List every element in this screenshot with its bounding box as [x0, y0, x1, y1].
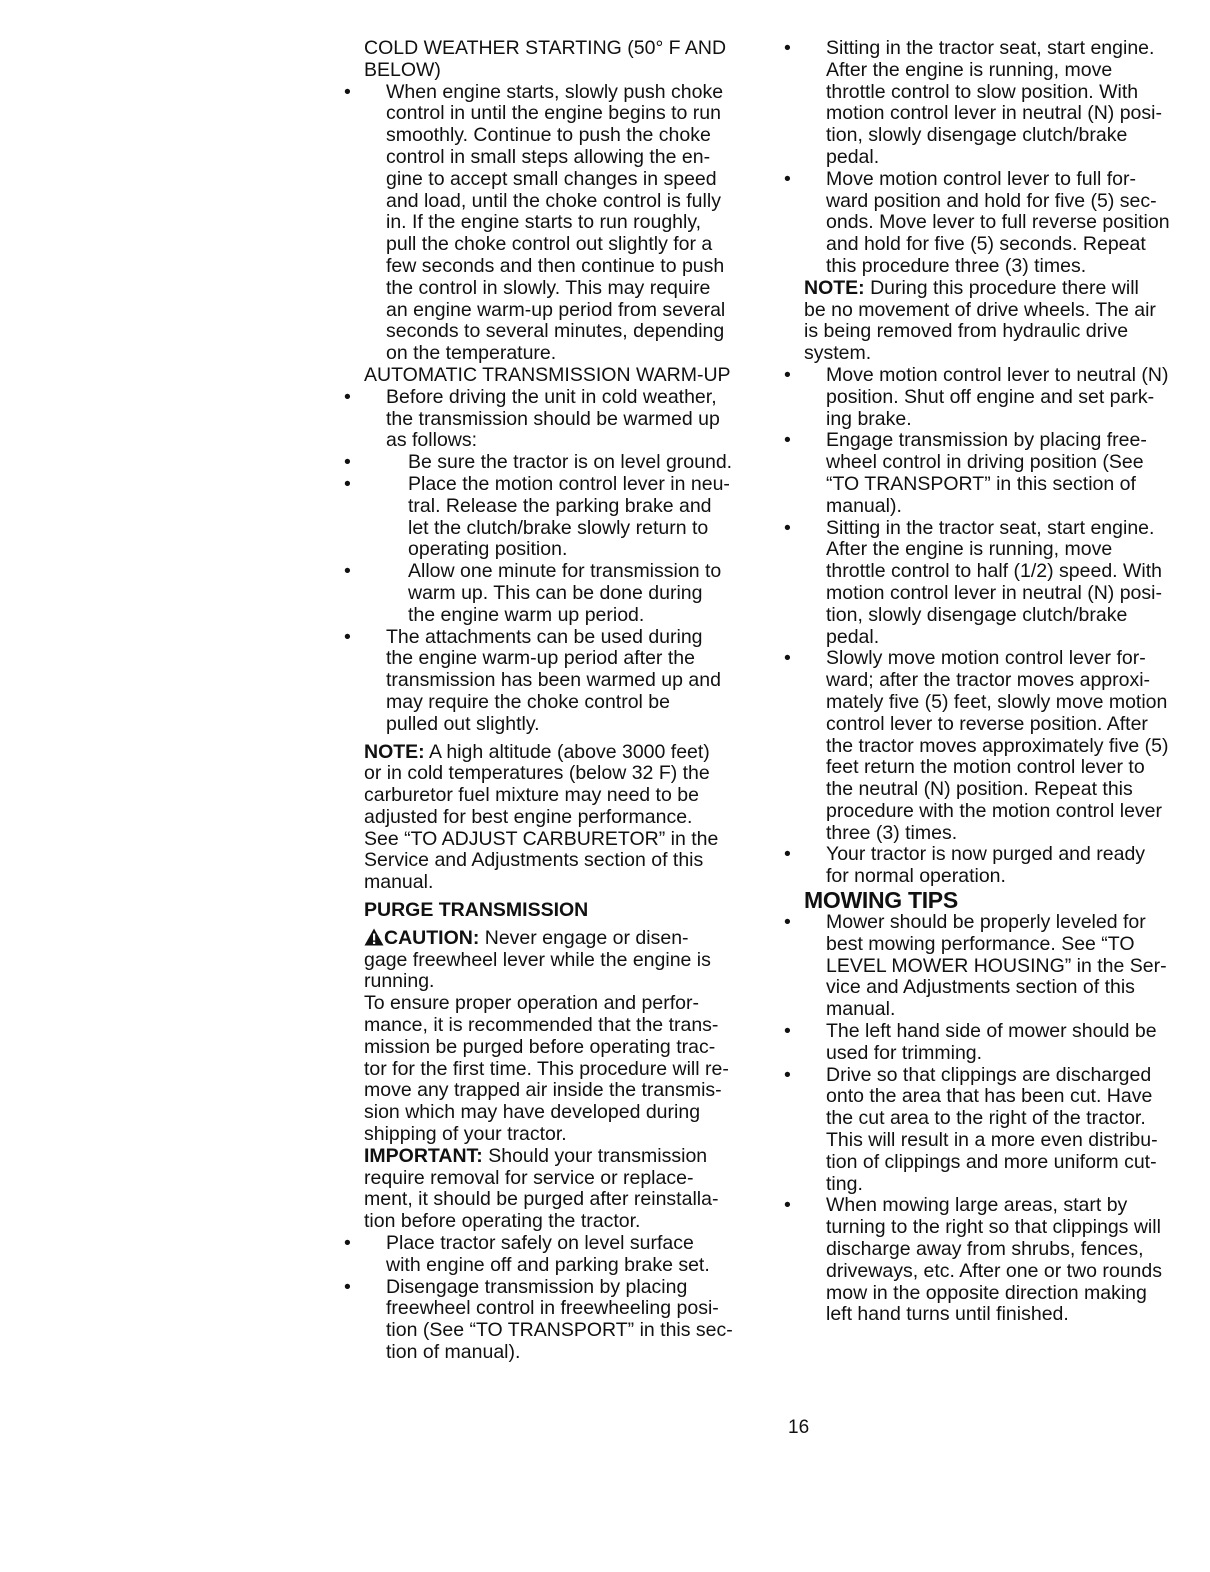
- text-line: the engine warm up period.: [364, 605, 784, 627]
- text-line: or in cold temperatures (below 32 F) the: [364, 763, 784, 785]
- text-line: “TO TRANSPORT” in this section of: [804, 474, 1210, 496]
- text-line: tion of manual).: [364, 1342, 784, 1364]
- bullet-item: Sitting in the tractor seat, start engin…: [804, 38, 1210, 169]
- bullet-item: When mowing large areas, start by turnin…: [804, 1195, 1210, 1326]
- text-line: After the engine is running, move: [804, 60, 1210, 82]
- text-line: mow in the opposite direction making: [804, 1283, 1210, 1305]
- text-line: seconds to several minutes, depending: [364, 321, 784, 343]
- text-line: After the engine is running, move: [804, 539, 1210, 561]
- text-line: with engine off and parking brake set.: [364, 1255, 784, 1277]
- text-line: three (3) times.: [804, 823, 1210, 845]
- text-line: tion (See “TO TRANSPORT” in this sec-: [364, 1320, 784, 1342]
- text-line: driveways, etc. After one or two rounds: [804, 1261, 1210, 1283]
- text-line: require removal for service or replace-: [364, 1168, 784, 1190]
- text-line: freewheel control in freewheeling posi-: [364, 1298, 784, 1320]
- text-line: procedure with the motion control lever: [804, 801, 1210, 823]
- section-heading: AUTOMATIC TRANSMISSION WARM-UP: [364, 365, 784, 387]
- text-line: and load, until the choke control is ful…: [364, 191, 784, 213]
- bullet-item: Move motion control lever to full for- w…: [804, 169, 1210, 278]
- text-line: A high altitude (above 3000 feet): [425, 741, 710, 763]
- text-line: tor for the first time. This procedure w…: [364, 1059, 784, 1081]
- text-line: pedal.: [804, 627, 1210, 649]
- cold-weather-starting-section: COLD WEATHER STARTING (50° F AND BELOW) …: [364, 38, 784, 365]
- bullet-item: When engine starts, slowly push choke co…: [364, 82, 784, 365]
- section-heading: MOWING TIPS: [804, 888, 1210, 912]
- text-line: smoothly. Continue to push the choke: [364, 125, 784, 147]
- text-line: wheel control in driving position (See: [804, 452, 1210, 474]
- sub-bullet-item: Allow one minute for transmission to war…: [364, 561, 784, 626]
- bullet-item: Sitting in the tractor seat, start engin…: [804, 518, 1210, 649]
- text-line: tion, slowly disengage clutch/brake: [804, 125, 1210, 147]
- text-line: ward; after the tractor moves approxi-: [804, 670, 1210, 692]
- text-line: vice and Adjustments section of this: [804, 977, 1210, 999]
- text-line: LEVEL MOWER HOUSING” in the Ser-: [804, 956, 1210, 978]
- text-line: This will result in a more even distribu…: [804, 1130, 1210, 1152]
- text-line: feet return the motion control lever to: [804, 757, 1210, 779]
- text-line: best mowing performance. See “TO: [804, 934, 1210, 956]
- text-line: running.: [364, 971, 784, 993]
- text-line: To ensure proper operation and perfor-: [364, 993, 784, 1015]
- bullet-item: Place tractor safely on level surface wi…: [364, 1233, 784, 1277]
- text-line: Never engage or disen-: [479, 927, 688, 949]
- text-line: gage freewheel lever while the engine is: [364, 950, 784, 972]
- text-line: When mowing large areas, start by: [804, 1195, 1210, 1217]
- text-line: mately five (5) feet, slowly move motion: [804, 692, 1210, 714]
- warning-triangle-icon: [364, 928, 384, 946]
- text-line: onds. Move lever to full reverse positio…: [804, 212, 1210, 234]
- text-line: gine to accept small changes in speed: [364, 169, 784, 191]
- text-line: manual.: [804, 999, 1210, 1021]
- text-line: Move motion control lever to neutral (N): [804, 365, 1210, 387]
- text-line: let the clutch/brake slowly return to: [364, 518, 784, 540]
- text-line: When engine starts, slowly push choke: [364, 82, 784, 104]
- text-line: Allow one minute for transmission to: [364, 561, 784, 583]
- text-line: throttle control to slow position. With: [804, 82, 1210, 104]
- text-line: as follows:: [364, 430, 784, 452]
- text-line: tral. Release the parking brake and: [364, 496, 784, 518]
- text-line: and hold for five (5) seconds. Repeat: [804, 234, 1210, 256]
- text-line: be no movement of drive wheels. The air: [804, 300, 1210, 322]
- text-line: ing brake.: [804, 409, 1210, 431]
- text-line: sion which may have developed during: [364, 1102, 784, 1124]
- automatic-transmission-warmup-section: AUTOMATIC TRANSMISSION WARM-UP Before dr…: [364, 365, 784, 736]
- text-line: is being removed from hydraulic drive: [804, 321, 1210, 343]
- text-line: pull the choke control out slightly for …: [364, 234, 784, 256]
- text-line: in. If the engine starts to run roughly,: [364, 212, 784, 234]
- text-line: pedal.: [804, 147, 1210, 169]
- text-line: onto the area that has been cut. Have: [804, 1086, 1210, 1108]
- text-line: operating position.: [364, 539, 784, 561]
- text-line: Sitting in the tractor seat, start engin…: [804, 38, 1210, 60]
- text-line: discharge away from shrubs, fences,: [804, 1239, 1210, 1261]
- text-line: used for trimming.: [804, 1043, 1210, 1065]
- bullet-item: Your tractor is now purged and ready for…: [804, 844, 1210, 888]
- text-line: Place tractor safely on level surface: [364, 1233, 784, 1255]
- text-line: control in until the engine begins to ru…: [364, 103, 784, 125]
- text-line: Move motion control lever to full for-: [804, 169, 1210, 191]
- sub-bullet-item: Be sure the tractor is on level ground.: [364, 452, 784, 474]
- purge-transmission-section: PURGE TRANSMISSION CAUTION: Never engage…: [364, 900, 784, 1364]
- bullet-item: Slowly move motion control lever for- wa…: [804, 648, 1210, 844]
- text-line: motion control lever in neutral (N) posi…: [804, 583, 1210, 605]
- text-line: this procedure three (3) times.: [804, 256, 1210, 278]
- text-line: throttle control to half (1/2) speed. Wi…: [804, 561, 1210, 583]
- text-line: may require the choke control be: [364, 692, 784, 714]
- important-label: IMPORTANT:: [364, 1145, 483, 1167]
- text-line: Before driving the unit in cold weather,: [364, 387, 784, 409]
- text-line: the transmission should be warmed up: [364, 409, 784, 431]
- text-line: manual.: [364, 872, 784, 894]
- text-line: Disengage transmission by placing: [364, 1277, 784, 1299]
- text-line: Your tractor is now purged and ready: [804, 844, 1210, 866]
- text-line: mission be purged before operating trac-: [364, 1037, 784, 1059]
- text-line: transmission has been warmed up and: [364, 670, 784, 692]
- mowing-tips-section: MOWING TIPS Mower should be properly lev…: [804, 888, 1210, 1326]
- sub-bullet-item: Place the motion control lever in neu- t…: [364, 474, 784, 561]
- text-line: pulled out slightly.: [364, 714, 784, 736]
- text-line: Should your transmission: [483, 1145, 707, 1167]
- right-column: Sitting in the tractor seat, start engin…: [804, 38, 1210, 1326]
- text-line: the tractor moves approximately five (5): [804, 736, 1210, 758]
- caution-label: CAUTION:: [384, 927, 479, 949]
- page-number: 16: [788, 1417, 809, 1439]
- text-line: manual).: [804, 496, 1210, 518]
- text-line: tion of clippings and more uniform cut-: [804, 1152, 1210, 1174]
- bullet-item: Engage transmission by placing free- whe…: [804, 430, 1210, 517]
- text-line: Place the motion control lever in neu-: [364, 474, 784, 496]
- text-line: tion before operating the tractor.: [364, 1211, 784, 1233]
- text-line: Be sure the tractor is on level ground.: [364, 452, 784, 474]
- text-line: Service and Adjustments section of this: [364, 850, 784, 872]
- bullet-item: Drive so that clippings are discharged o…: [804, 1065, 1210, 1196]
- text-line: The attachments can be used during: [364, 627, 784, 649]
- text-line: control lever to reverse position. After: [804, 714, 1210, 736]
- text-line: Mower should be properly leveled for: [804, 912, 1210, 934]
- text-line: Slowly move motion control lever for-: [804, 648, 1210, 670]
- text-line: left hand turns until finished.: [804, 1304, 1210, 1326]
- text-line: move any trapped air inside the transmis…: [364, 1080, 784, 1102]
- text-line: the engine warm-up period after the: [364, 648, 784, 670]
- text-line: The left hand side of mower should be: [804, 1021, 1210, 1043]
- text-line: Engage transmission by placing free-: [804, 430, 1210, 452]
- bullet-item: Mower should be properly leveled for bes…: [804, 912, 1210, 1021]
- note-label: NOTE:: [364, 741, 425, 763]
- note-label: NOTE:: [804, 277, 865, 299]
- bullet-item: Disengage transmission by placing freewh…: [364, 1277, 784, 1364]
- section-heading: PURGE TRANSMISSION: [364, 900, 784, 922]
- text-line: system.: [804, 343, 1210, 365]
- bullet-item: The attachments can be used during the e…: [364, 627, 784, 736]
- text-line: tion, slowly disengage clutch/brake: [804, 605, 1210, 627]
- text-line: position. Shut off engine and set park-: [804, 387, 1210, 409]
- text-line: the cut area to the right of the tractor…: [804, 1108, 1210, 1130]
- text-line: warm up. This can be done during: [364, 583, 784, 605]
- text-line: See “TO ADJUST CARBURETOR” in the: [364, 829, 784, 851]
- text-line: Sitting in the tractor seat, start engin…: [804, 518, 1210, 540]
- text-line: ward position and hold for five (5) sec-: [804, 191, 1210, 213]
- text-line: on the temperature.: [364, 343, 784, 365]
- text-line: the control in slowly. This may require: [364, 278, 784, 300]
- text-line: mance, it is recommended that the trans-: [364, 1015, 784, 1037]
- bullet-item: The left hand side of mower should be us…: [804, 1021, 1210, 1065]
- text-line: for normal operation.: [804, 866, 1210, 888]
- section-heading-cont: BELOW): [364, 60, 784, 82]
- text-line: ment, it should be purged after reinstal…: [364, 1189, 784, 1211]
- purge-note: NOTE: During this procedure there will b…: [804, 278, 1210, 365]
- text-line: During this procedure there will: [865, 277, 1139, 299]
- text-line: few seconds and then continue to push: [364, 256, 784, 278]
- left-column: COLD WEATHER STARTING (50° F AND BELOW) …: [364, 38, 784, 1364]
- text-line: Drive so that clippings are discharged: [804, 1065, 1210, 1087]
- bullet-item: Move motion control lever to neutral (N)…: [804, 365, 1210, 430]
- text-line: carburetor fuel mixture may need to be: [364, 785, 784, 807]
- text-line: control in small steps allowing the en-: [364, 147, 784, 169]
- text-line: the neutral (N) position. Repeat this: [804, 779, 1210, 801]
- text-line: adjusted for best engine performance.: [364, 807, 784, 829]
- text-line: ting.: [804, 1174, 1210, 1196]
- section-heading: COLD WEATHER STARTING (50° F AND: [364, 38, 784, 60]
- bullet-item: Before driving the unit in cold weather,…: [364, 387, 784, 452]
- text-line: turning to the right so that clippings w…: [804, 1217, 1210, 1239]
- text-line: an engine warm-up period from several: [364, 300, 784, 322]
- text-line: shipping of your tractor.: [364, 1124, 784, 1146]
- text-line: motion control lever in neutral (N) posi…: [804, 103, 1210, 125]
- altitude-note: NOTE: A high altitude (above 3000 feet) …: [364, 742, 784, 895]
